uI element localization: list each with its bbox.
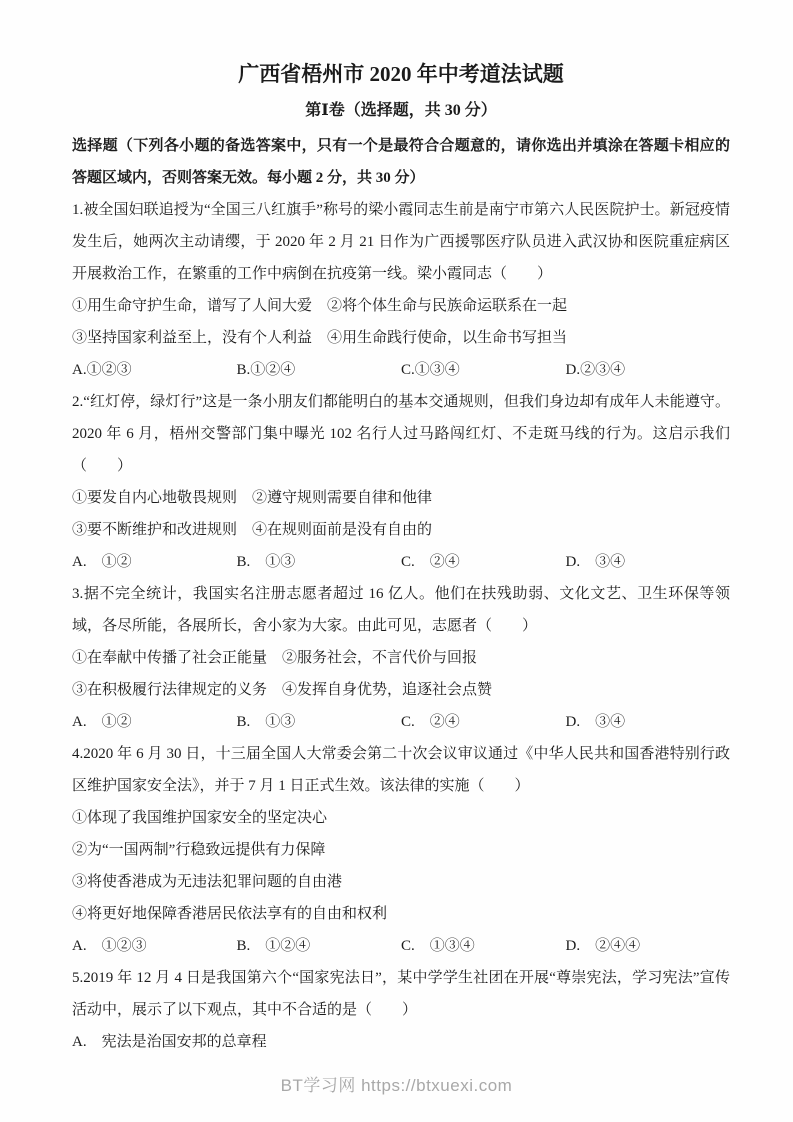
question-1-subline-2: ③坚持国家利益至上，没有个人利益 ④用生命践行使命，以生命书写担当	[72, 322, 730, 354]
choice-a: A.①②③	[72, 354, 237, 386]
exam-document-page: 广西省梧州市 2020 年中考道法试题 第Ⅰ卷（选择题，共 30 分） 选择题（…	[0, 0, 793, 1122]
question-3-subline-1: ①在奉献中传播了社会正能量 ②服务社会，不言代价与回报	[72, 642, 730, 674]
question-4-subline-2: ②为“一国两制”行稳致远提供有力保障	[72, 834, 730, 866]
question-1-subline-1: ①用生命守护生命，谱写了人间大爱 ②将个体生命与民族命运联系在一起	[72, 290, 730, 322]
document-content: 广西省梧州市 2020 年中考道法试题 第Ⅰ卷（选择题，共 30 分） 选择题（…	[72, 0, 730, 1058]
choice-a: A. ①②	[72, 546, 237, 578]
question-3-choices: A. ①② B. ①③ C. ②④ D. ③④	[72, 706, 730, 738]
choice-d: D. ②④④	[566, 930, 731, 962]
question-1-choices: A.①②③ B.①②④ C.①③④ D.②③④	[72, 354, 730, 386]
question-5: 5.2019 年 12 月 4 日是我国第六个“国家宪法日”，某中学学生社团在开…	[72, 962, 730, 1058]
choice-c: C.①③④	[401, 354, 566, 386]
question-5-choice-a: A. 宪法是治国安邦的总章程	[72, 1026, 730, 1058]
choice-c: C. ②④	[401, 546, 566, 578]
question-3-subline-2: ③在积极履行法律规定的义务 ④发挥自身优势，追逐社会点赞	[72, 674, 730, 706]
choice-c: C. ②④	[401, 706, 566, 738]
question-4-subline-1: ①体现了我国维护国家安全的坚定决心	[72, 802, 730, 834]
watermark-text: BT学习网 https://btxuexi.com	[0, 1071, 793, 1096]
choice-d: D.②③④	[566, 354, 731, 386]
choice-c: C. ①③④	[401, 930, 566, 962]
question-2-subline-2: ③要不断维护和改进规则 ④在规则面前是没有自由的	[72, 514, 730, 546]
question-2: 2.“红灯停，绿灯行”这是一条小朋友们都能明白的基本交通规则，但我们身边却有成年…	[72, 386, 730, 578]
question-3: 3.据不完全统计，我国实名注册志愿者超过 16 亿人。他们在扶残助弱、文化文艺、…	[72, 578, 730, 738]
choice-a: A. ①②	[72, 706, 237, 738]
choice-d: D. ③④	[566, 546, 731, 578]
choice-b: B.①②④	[237, 354, 402, 386]
choice-b: B. ①②④	[237, 930, 402, 962]
question-2-stem: 2.“红灯停，绿灯行”这是一条小朋友们都能明白的基本交通规则，但我们身边却有成年…	[72, 386, 730, 482]
section-heading: 第Ⅰ卷（选择题，共 30 分）	[72, 100, 730, 122]
choice-a: A. ①②③	[72, 930, 237, 962]
question-1: 1.被全国妇联追授为“全国三八红旗手”称号的梁小霞同志生前是南宁市第六人民医院护…	[72, 194, 730, 386]
question-2-choices: A. ①② B. ①③ C. ②④ D. ③④	[72, 546, 730, 578]
page-title: 广西省梧州市 2020 年中考道法试题	[72, 60, 730, 88]
choice-b: B. ①③	[237, 546, 402, 578]
question-4-stem: 4.2020 年 6 月 30 日，十三届全国人大常委会第二十次会议审议通过《中…	[72, 738, 730, 802]
question-3-stem: 3.据不完全统计，我国实名注册志愿者超过 16 亿人。他们在扶残助弱、文化文艺、…	[72, 578, 730, 642]
question-4: 4.2020 年 6 月 30 日，十三届全国人大常委会第二十次会议审议通过《中…	[72, 738, 730, 962]
question-1-stem: 1.被全国妇联追授为“全国三八红旗手”称号的梁小霞同志生前是南宁市第六人民医院护…	[72, 194, 730, 290]
question-4-choices: A. ①②③ B. ①②④ C. ①③④ D. ②④④	[72, 930, 730, 962]
question-4-subline-4: ④将更好地保障香港居民依法享有的自由和权利	[72, 898, 730, 930]
instructions-paragraph: 选择题（下列各小题的备选答案中，只有一个是最符合合题意的，请你选出并填涂在答题卡…	[72, 130, 730, 194]
question-2-subline-1: ①要发自内心地敬畏规则 ②遵守规则需要自律和他律	[72, 482, 730, 514]
question-4-subline-3: ③将使香港成为无违法犯罪问题的自由港	[72, 866, 730, 898]
choice-b: B. ①③	[237, 706, 402, 738]
choice-d: D. ③④	[566, 706, 731, 738]
question-5-stem: 5.2019 年 12 月 4 日是我国第六个“国家宪法日”，某中学学生社团在开…	[72, 962, 730, 1026]
